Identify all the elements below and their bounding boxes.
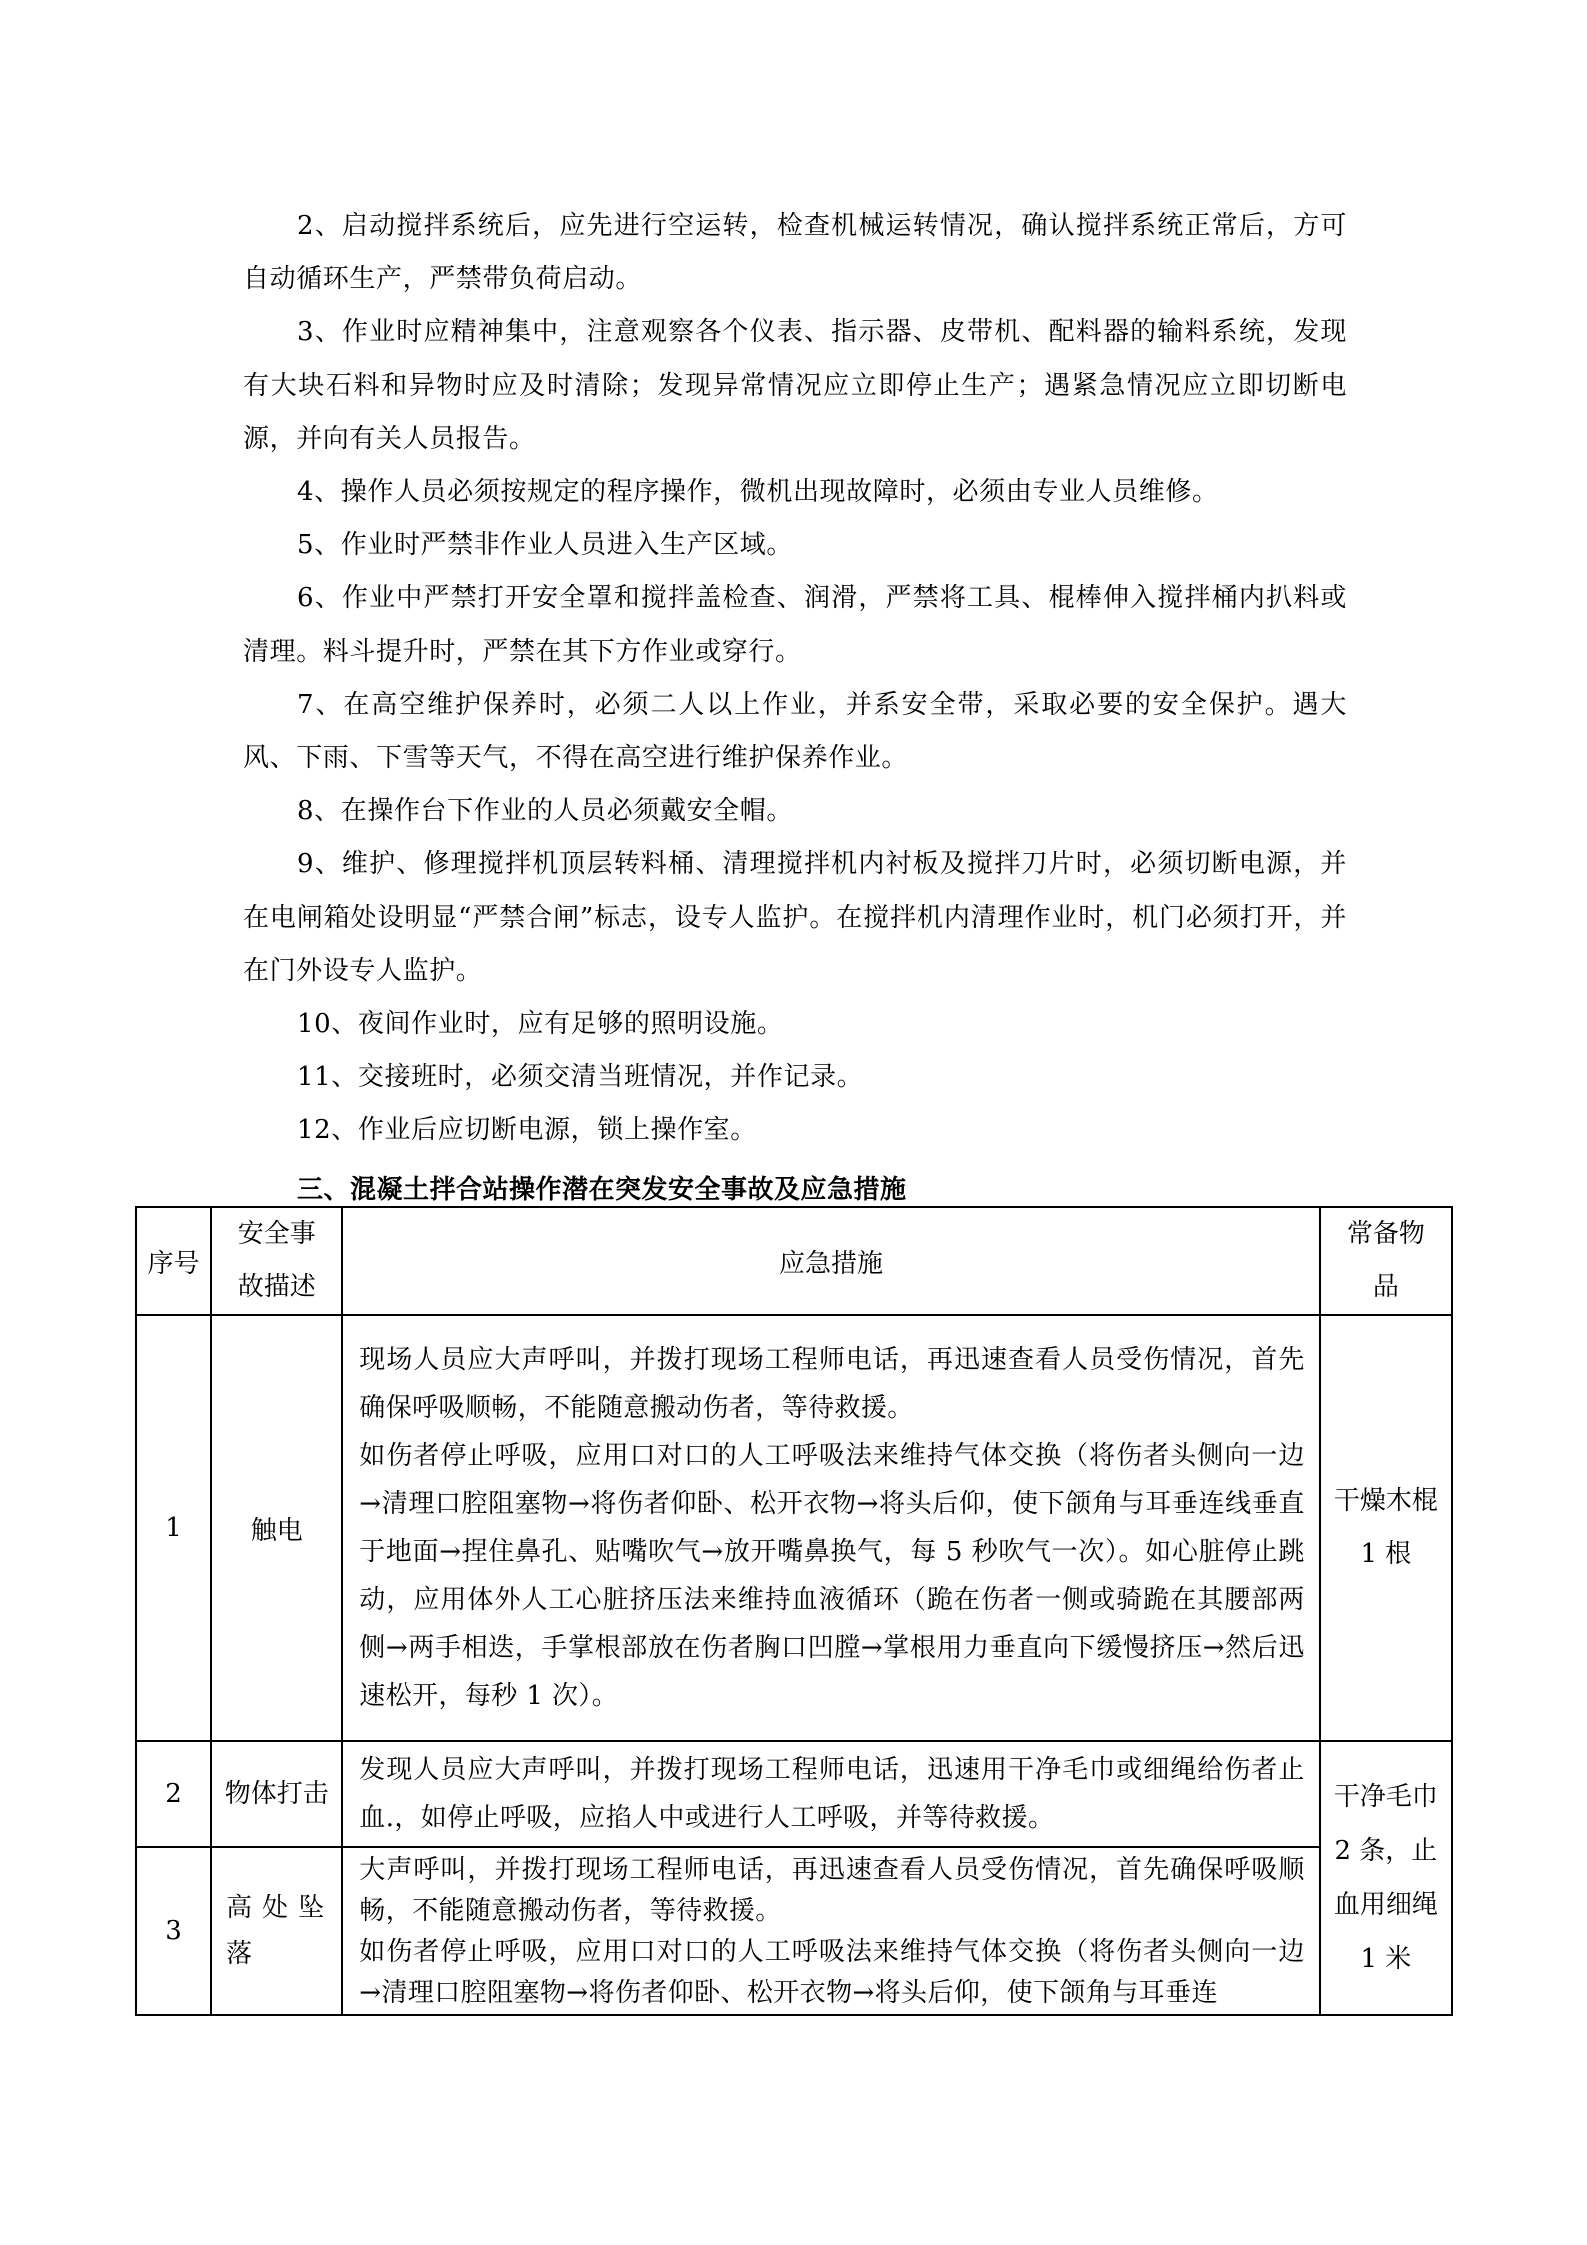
measure-paragraph: 如伤者停止呼吸，应用口对口的人工呼吸法来维持气体交换（将伤者头侧向一边→清理口腔… <box>359 1432 1304 1720</box>
section-heading: 三、混凝土拌合站操作潜在突发安全事故及应急措施 <box>297 1170 907 1210</box>
header-items-line2: 品 <box>1321 1261 1451 1314</box>
procedure-item-7: 7、在高空维护保养时，必须二人以上作业，并系安全带，采取必要的安全保护。遇大风、… <box>243 679 1347 785</box>
procedure-item-2: 2、启动搅拌系统后，应先进行空运转，检查机械运转情况，确认搅拌系统正常后，方可自… <box>243 200 1347 306</box>
measure-paragraph: 发现人员应大声呼叫，并拨打现场工程师电话，迅速用干净毛巾或细绳给伤者止血.，如停… <box>359 1746 1304 1842</box>
document-page: 2、启动搅拌系统后，应先进行空运转，检查机械运转情况，确认搅拌系统正常后，方可自… <box>0 0 1587 2245</box>
procedure-item-4: 4、操作人员必须按规定的程序操作，微机出现故障时，必须由专业人员维修。 <box>243 466 1347 519</box>
procedure-item-5: 5、作业时严禁非作业人员进入生产区域。 <box>243 519 1347 572</box>
row-no: 2 <box>136 1741 211 1847</box>
row-no: 1 <box>136 1315 211 1741</box>
row-measures: 发现人员应大声呼叫，并拨打现场工程师电话，迅速用干净毛巾或细绳给伤者止血.，如停… <box>342 1741 1319 1847</box>
header-items-line1: 常备物 <box>1321 1208 1451 1261</box>
measure-paragraph: 现场人员应大声呼叫，并拨打现场工程师电话，再迅速查看人员受伤情况，首先确保呼吸顺… <box>359 1336 1304 1432</box>
emergency-measures-table: 序号 安全事 故描述 应急措施 常备物 品 1 触电 现场人员应大声呼叫，并拨打… <box>135 1206 1453 2016</box>
header-desc-line2: 故描述 <box>212 1261 341 1314</box>
standby-items-text: 干净毛巾 2 条，止血用细绳 1 米 <box>1321 1770 1451 1986</box>
header-no: 序号 <box>136 1207 211 1315</box>
measure-paragraph: 大声呼叫，并拨打现场工程师电话，再迅速查看人员受伤情况，首先确保呼吸顺畅，不能随… <box>359 1850 1304 1932</box>
row-items: 干燥木棍 1 根 <box>1320 1315 1452 1741</box>
row-accident: 触电 <box>211 1315 342 1741</box>
procedure-item-6: 6、作业中严禁打开安全罩和搅拌盖检查、润滑，严禁将工具、棍棒伸入搅拌桶内扒料或清… <box>243 572 1347 678</box>
row-items-merged: 干净毛巾 2 条，止血用细绳 1 米 <box>1320 1741 1452 2015</box>
table-header-row: 序号 安全事 故描述 应急措施 常备物 品 <box>136 1207 1452 1315</box>
table-row: 2 物体打击 发现人员应大声呼叫，并拨打现场工程师电话，迅速用干净毛巾或细绳给伤… <box>136 1741 1452 1847</box>
row-measures: 大声呼叫，并拨打现场工程师电话，再迅速查看人员受伤情况，首先确保呼吸顺畅，不能随… <box>342 1847 1319 2015</box>
procedure-item-12: 12、作业后应切断电源，锁上操作室。 <box>243 1104 1347 1157</box>
row-measures: 现场人员应大声呼叫，并拨打现场工程师电话，再迅速查看人员受伤情况，首先确保呼吸顺… <box>342 1315 1319 1741</box>
table-row: 1 触电 现场人员应大声呼叫，并拨打现场工程师电话，再迅速查看人员受伤情况，首先… <box>136 1315 1452 1741</box>
procedure-item-8: 8、在操作台下作业的人员必须戴安全帽。 <box>243 785 1347 838</box>
standby-items-text: 干燥木棍 1 根 <box>1321 1475 1451 1581</box>
header-standby-items: 常备物 品 <box>1320 1207 1452 1315</box>
header-measures: 应急措施 <box>342 1207 1319 1315</box>
procedure-item-9: 9、维护、修理搅拌机顶层转料桶、清理搅拌机内衬板及搅拌刀片时，必须切断电源，并在… <box>243 838 1347 998</box>
row-accident: 高处坠落 <box>211 1847 342 2015</box>
measure-paragraph: 如伤者停止呼吸，应用口对口的人工呼吸法来维持气体交换（将伤者头侧向一边→清理口腔… <box>359 1932 1304 2014</box>
row-no: 3 <box>136 1847 211 2015</box>
procedure-item-10: 10、夜间作业时，应有足够的照明设施。 <box>243 998 1347 1051</box>
header-accident-description: 安全事 故描述 <box>211 1207 342 1315</box>
table-row: 3 高处坠落 大声呼叫，并拨打现场工程师电话，再迅速查看人员受伤情况，首先确保呼… <box>136 1847 1452 2015</box>
procedure-item-11: 11、交接班时，必须交清当班情况，并作记录。 <box>243 1051 1347 1104</box>
row-accident: 物体打击 <box>211 1741 342 1847</box>
procedure-list: 2、启动搅拌系统后，应先进行空运转，检查机械运转情况，确认搅拌系统正常后，方可自… <box>243 200 1347 1158</box>
procedure-item-3: 3、作业时应精神集中，注意观察各个仪表、指示器、皮带机、配料器的输料系统，发现有… <box>243 306 1347 466</box>
header-desc-line1: 安全事 <box>212 1208 341 1261</box>
